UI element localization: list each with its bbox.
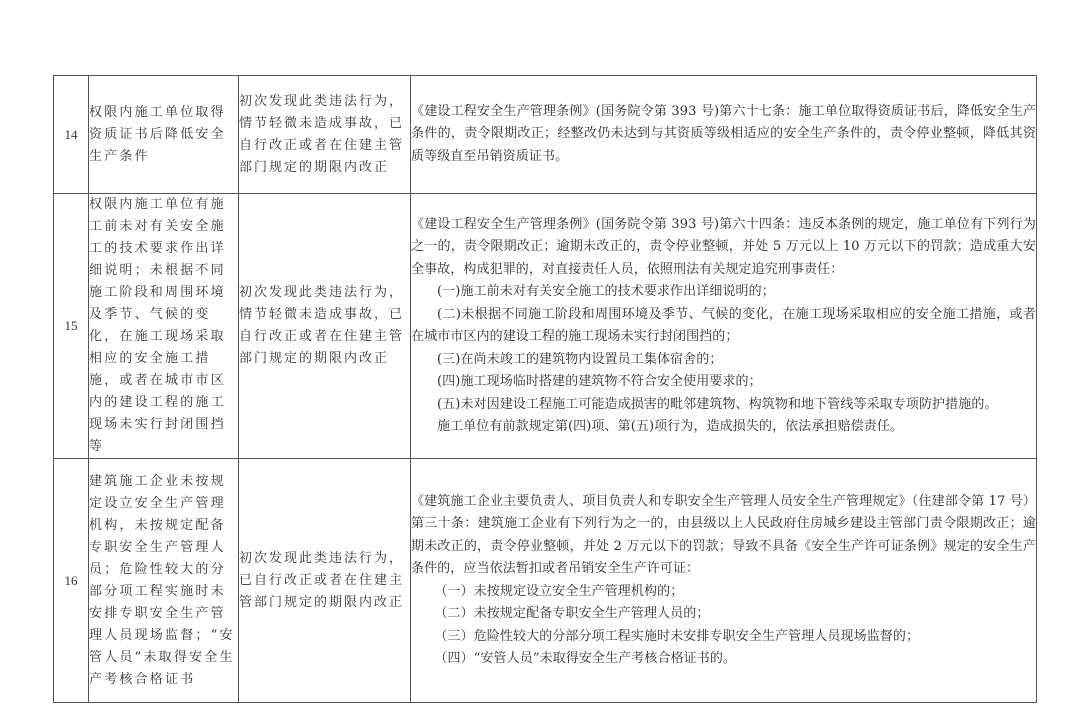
- exemption-condition-cell: 初次发现此类违法行为，已自行改正或者在住建主管部门规定的期限内改正: [239, 459, 411, 703]
- violation-cell: 权限内施工单位取得资质证书后降低安全生产条件: [89, 76, 239, 194]
- law-item: (二)未根据不同施工阶段和周围环境及季节、气候的变化，在施工现场采取相应的安全施…: [411, 304, 1036, 349]
- law-item: (三)在尚未竣工的建筑物内设置员工集体宿舍的；: [411, 349, 1036, 372]
- law-item: (一)施工前未对有关安全施工的技术要求作出详细说明的；: [411, 281, 1036, 304]
- exemption-condition-cell: 初次发现此类违法行为，情节轻微未造成事故，已自行改正或者在住建主管部门规定的期限…: [239, 76, 411, 194]
- law-intro: 《建筑施工企业主要负责人、项目负责人和专职安全生产管理人员安全生产管理规定》（住…: [411, 491, 1036, 581]
- legal-basis-cell: 《建设工程安全生产管理条例》(国务院令第 393 号)第六十七条：施工单位取得资…: [411, 76, 1037, 194]
- document-page: 14 权限内施工单位取得资质证书后降低安全生产条件 初次发现此类违法行为，情节轻…: [53, 75, 1036, 703]
- law-item: （四）“安管人员”未取得安全生产考核合格证书的。: [411, 648, 1036, 671]
- table-row: 14 权限内施工单位取得资质证书后降低安全生产条件 初次发现此类违法行为，情节轻…: [54, 76, 1037, 194]
- row-number: 15: [54, 194, 89, 459]
- law-paragraph: 《建设工程安全生产管理条例》(国务院令第 393 号)第六十七条：施工单位取得资…: [411, 101, 1036, 169]
- law-item: （三）危险性较大的分部分项工程实施时未安排专职安全生产管理人员现场监督的；: [411, 626, 1036, 649]
- table-row: 15 权限内施工单位有施工前未对有关安全施工的技术要求作出详细说明；未根据不同施…: [54, 194, 1037, 459]
- regulation-table: 14 权限内施工单位取得资质证书后降低安全生产条件 初次发现此类违法行为，情节轻…: [53, 75, 1037, 703]
- legal-basis-cell: 《建设工程安全生产管理条例》(国务院令第 393 号)第六十四条：违反本条例的规…: [411, 194, 1037, 459]
- table-row: 16 建筑施工企业未按规定设立安全生产管理机构，未按规定配备专职安全生产管理人员…: [54, 459, 1037, 703]
- exemption-condition-cell: 初次发现此类违法行为，情节轻微未造成事故，已自行改正或者在住建主管部门规定的期限…: [239, 194, 411, 459]
- row-number: 16: [54, 459, 89, 703]
- legal-basis-cell: 《建筑施工企业主要负责人、项目负责人和专职安全生产管理人员安全生产管理规定》（住…: [411, 459, 1037, 703]
- law-intro: 《建设工程安全生产管理条例》(国务院令第 393 号)第六十四条：违反本条例的规…: [411, 214, 1036, 282]
- row-number: 14: [54, 76, 89, 194]
- law-item: (四)施工现场临时搭建的建筑物不符合安全使用要求的；: [411, 371, 1036, 394]
- law-item: （二）未按规定配备专职安全生产管理人员的；: [411, 603, 1036, 626]
- law-item: （一）未按规定设立安全生产管理机构的；: [411, 581, 1036, 604]
- law-note: 施工单位有前款规定第(四)项、第(五)项行为，造成损失的，依法承担赔偿责任。: [411, 416, 1036, 439]
- law-item: (五)未对因建设工程施工可能造成损害的毗邻建筑物、构筑物和地下管线等采取专项防护…: [411, 394, 1036, 417]
- violation-cell: 权限内施工单位有施工前未对有关安全施工的技术要求作出详细说明；未根据不同施工阶段…: [89, 194, 239, 459]
- violation-cell: 建筑施工企业未按规定设立安全生产管理机构，未按规定配备专职安全生产管理人员；危险…: [89, 459, 239, 703]
